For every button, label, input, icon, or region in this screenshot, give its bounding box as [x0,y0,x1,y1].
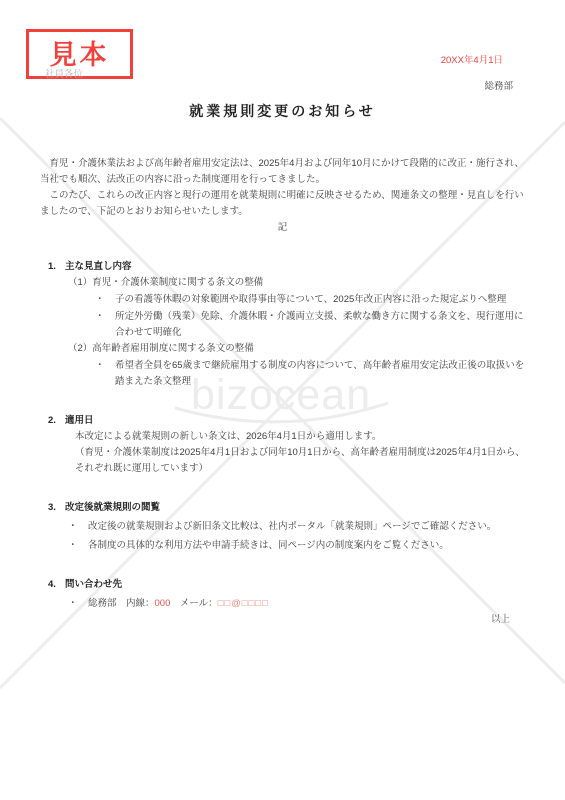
subsection-label: （1）育児・介護休業制度に関する条文の整備 [40,275,525,291]
contact-line: ・ 総務部 内線：000 メール：□□@□□□□ [40,596,525,612]
section-heading-label: 適用日 [65,413,94,429]
document-page: bizocean 見本 社員各位 20XX年4月1日 総務部 就業規則変更のお知… [0,0,565,800]
section-heading: 2. 適用日 [40,413,525,429]
section-body-line: （育児・介護休業制度は2025年4月1日および同年10月1日から、高年齢者雇用制… [40,445,525,477]
section-number: 2. [48,413,65,429]
list-item-text: 子の看護等休暇の対象範囲や取得事由等について、2025年改正内容に沿った規定ぶり… [115,292,525,308]
bullet-glyph: ・ [68,519,88,535]
list-item-text: 希望者全員を65歳まで継続雇用する制度の内容について、高年齢者雇用安定法改正後の… [115,358,525,390]
list-item-text: 各制度の具体的な利用方法や申請手続きは、同ページ内の制度案内をご覧ください。 [88,538,525,554]
contact-label: 総務部 内線： [88,598,155,609]
section-effective-date: 2. 適用日 本改定による就業規則の新しい条文は、2026年4月1日から適用しま… [40,413,525,477]
section-body-line: 本改定による就業規則の新しい条文は、2026年4月1日から適用します。 [40,429,525,445]
document-date: 20XX年4月1日 [441,52,503,66]
section-main-revisions: 1. 主な見直し内容 （1）育児・介護休業制度に関する条文の整備 ・ 子の看護等… [40,259,525,390]
bullet-glyph: ・ [68,538,88,554]
section-number: 4. [48,577,65,593]
section-heading: 3. 改定後就業規則の閲覧 [40,500,525,516]
list-item-text: 所定外労働（残業）免除、介護休暇・介護両立支援、柔軟な働き方に関する条文を、現行… [115,309,525,341]
document-body: 育児・介護休業法および高年齢者雇用安定法は、2025年4月および同年10月にかけ… [40,156,525,628]
section-heading: 1. 主な見直し内容 [40,259,525,275]
section-contact: 4. 問い合わせ先 ・ 総務部 内線：000 メール：□□@□□□□ [40,577,525,612]
bullet-glyph: ・ [95,309,115,341]
issuing-department: 総務部 [484,78,513,92]
closing-mark: 以上 [40,612,525,628]
list-item: ・ 希望者全員を65歳まで継続雇用する制度の内容について、高年齢者雇用安定法改正… [40,358,525,390]
contact-extension: 000 [155,598,171,609]
section-heading: 4. 問い合わせ先 [40,577,525,593]
bullet-glyph: ・ [95,292,115,308]
section-heading-label: 主な見直し内容 [65,259,132,275]
section-heading-label: 問い合わせ先 [65,577,122,593]
intro-paragraph-1: 育児・介護休業法および高年齢者雇用安定法は、2025年4月および同年10月にかけ… [40,156,525,188]
subsection-label: （2）高年齢者雇用制度に関する条文の整備 [40,341,525,357]
list-item-text: 改定後の就業規則および新旧条文比較は、社内ポータル「就業規則」ページでご確認くだ… [88,519,525,535]
list-item: ・ 各制度の具体的な利用方法や申請手続きは、同ページ内の制度案内をご覧ください。 [40,538,525,554]
section-viewing-rules: 3. 改定後就業規則の閲覧 ・ 改定後の就業規則および新旧条文比較は、社内ポータ… [40,500,525,554]
page-title: 就業規則変更のお知らせ [0,101,565,121]
list-item: ・ 改定後の就業規則および新旧条文比較は、社内ポータル「就業規則」ページでご確認… [40,519,525,535]
list-item: ・ 所定外労働（残業）免除、介護休暇・介護両立支援、柔軟な働き方に関する条文を、… [40,309,525,341]
intro-paragraph-2: このたび、これらの改正内容と現行の運用を就業規則に明確に反映させるため、関連条文… [40,188,525,220]
bullet-glyph: ・ [68,596,88,612]
section-number: 3. [48,500,65,516]
section-heading-label: 改定後就業規則の閲覧 [65,500,160,516]
contact-text: 総務部 内線：000 メール：□□@□□□□ [88,596,525,612]
sample-stamp-label: 見本 [50,40,110,69]
contact-email-placeholder: □□@□□□□ [218,598,269,609]
record-mark: 記 [40,220,525,236]
list-item: ・ 子の看護等休暇の対象範囲や取得事由等について、2025年改正内容に沿った規定… [40,292,525,308]
recipient-line: 社員各位 [45,66,83,80]
section-number: 1. [48,259,65,275]
bullet-glyph: ・ [95,358,115,390]
contact-mail-label: メール： [170,598,217,609]
